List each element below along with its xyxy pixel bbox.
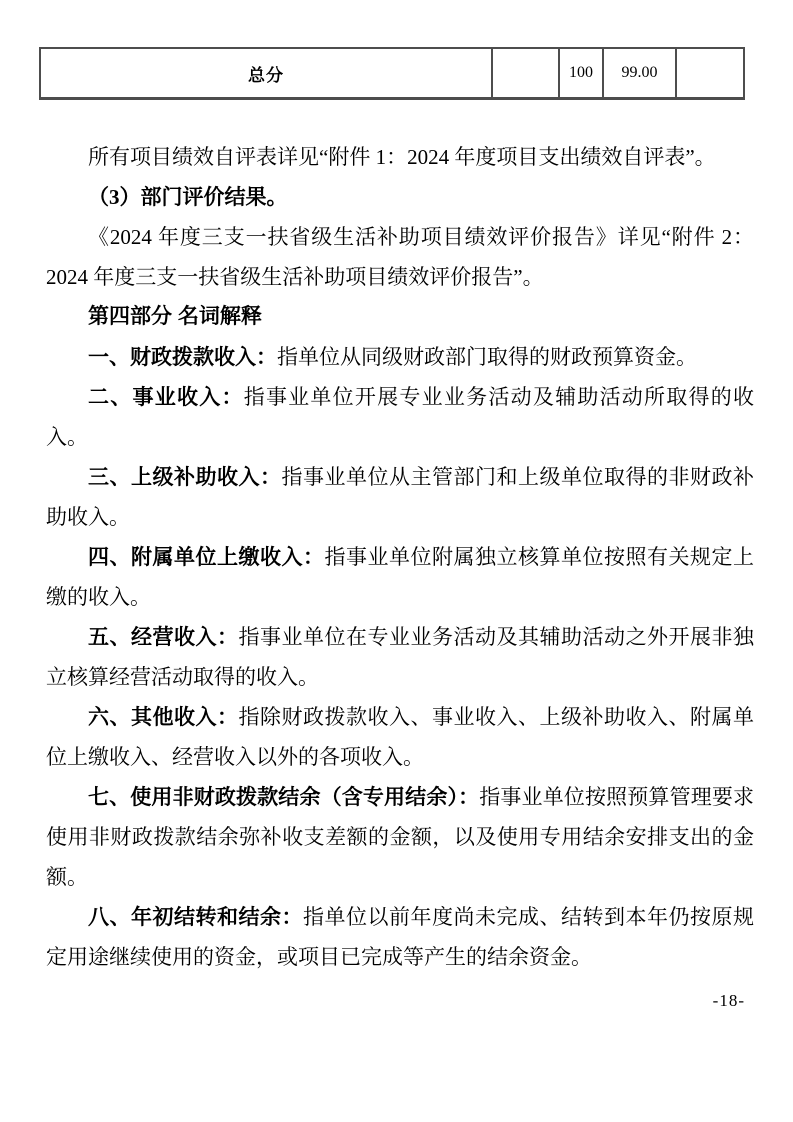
document-page: 总分 100 99.00 所有项目绩效自评表详见“附件 1：2024 年度项目支… bbox=[0, 0, 793, 1122]
definition-item-3: 三、上级补助收入：指事业单位从主管部门和上级单位取得的非财政补助收入。 bbox=[46, 457, 754, 537]
definition-term: 四、附属单位上缴收入： bbox=[88, 545, 325, 569]
definition-item-7: 七、使用非财政拨款结余（含专用结余）：指事业单位按照预算管理要求使用非财政拨款结… bbox=[46, 777, 754, 897]
empty-cell-2 bbox=[676, 48, 744, 99]
total-score-label-cell: 总分 bbox=[40, 48, 492, 99]
actual-score-cell: 99.00 bbox=[603, 48, 676, 99]
section-heading: 第四部分 名词解释 bbox=[46, 297, 754, 337]
table-row: 总分 100 99.00 bbox=[40, 48, 744, 99]
definition-item-6: 六、其他收入：指除财政拨款收入、事业收入、上级补助收入、附属单位上缴收入、经营收… bbox=[46, 697, 754, 777]
definition-term: 六、其他收入： bbox=[88, 705, 239, 729]
definition-term: 八、年初结转和结余： bbox=[88, 905, 303, 929]
definition-term: 五、经营收入： bbox=[88, 625, 239, 649]
paragraph-self-eval-note: 所有项目绩效自评表详见“附件 1：2024 年度项目支出绩效自评表”。 bbox=[46, 137, 754, 177]
empty-cell-1 bbox=[492, 48, 559, 99]
standard-score-cell: 100 bbox=[559, 48, 603, 99]
definition-item-2: 二、事业收入：指事业单位开展专业业务活动及辅助活动所取得的收入。 bbox=[46, 377, 754, 457]
page-number: -18- bbox=[713, 991, 745, 1011]
paragraph-dept-eval-heading: （3）部门评价结果。 bbox=[46, 177, 754, 217]
definition-text: 指单位从同级财政部门取得的财政预算资金。 bbox=[277, 345, 697, 369]
definition-term: 二、事业收入： bbox=[88, 385, 244, 409]
definition-term: 一、财政拨款收入： bbox=[88, 345, 277, 369]
paragraph-dept-eval-detail: 《2024 年度三支一扶省级生活补助项目绩效评价报告》详见“附件 2：2024 … bbox=[46, 217, 754, 297]
definition-item-8: 八、年初结转和结余：指单位以前年度尚未完成、结转到本年仍按原规定用途继续使用的资… bbox=[46, 897, 754, 977]
document-body: 所有项目绩效自评表详见“附件 1：2024 年度项目支出绩效自评表”。 （3）部… bbox=[46, 137, 754, 977]
definition-term: 三、上级补助收入： bbox=[88, 465, 282, 489]
definition-term: 七、使用非财政拨款结余（含专用结余）： bbox=[88, 785, 479, 809]
definition-item-1: 一、财政拨款收入：指单位从同级财政部门取得的财政预算资金。 bbox=[46, 337, 754, 377]
score-table: 总分 100 99.00 bbox=[39, 47, 745, 100]
definition-item-5: 五、经营收入：指事业单位在专业业务活动及其辅助活动之外开展非独立核算经营活动取得… bbox=[46, 617, 754, 697]
definition-item-4: 四、附属单位上缴收入：指事业单位附属独立核算单位按照有关规定上缴的收入。 bbox=[46, 537, 754, 617]
